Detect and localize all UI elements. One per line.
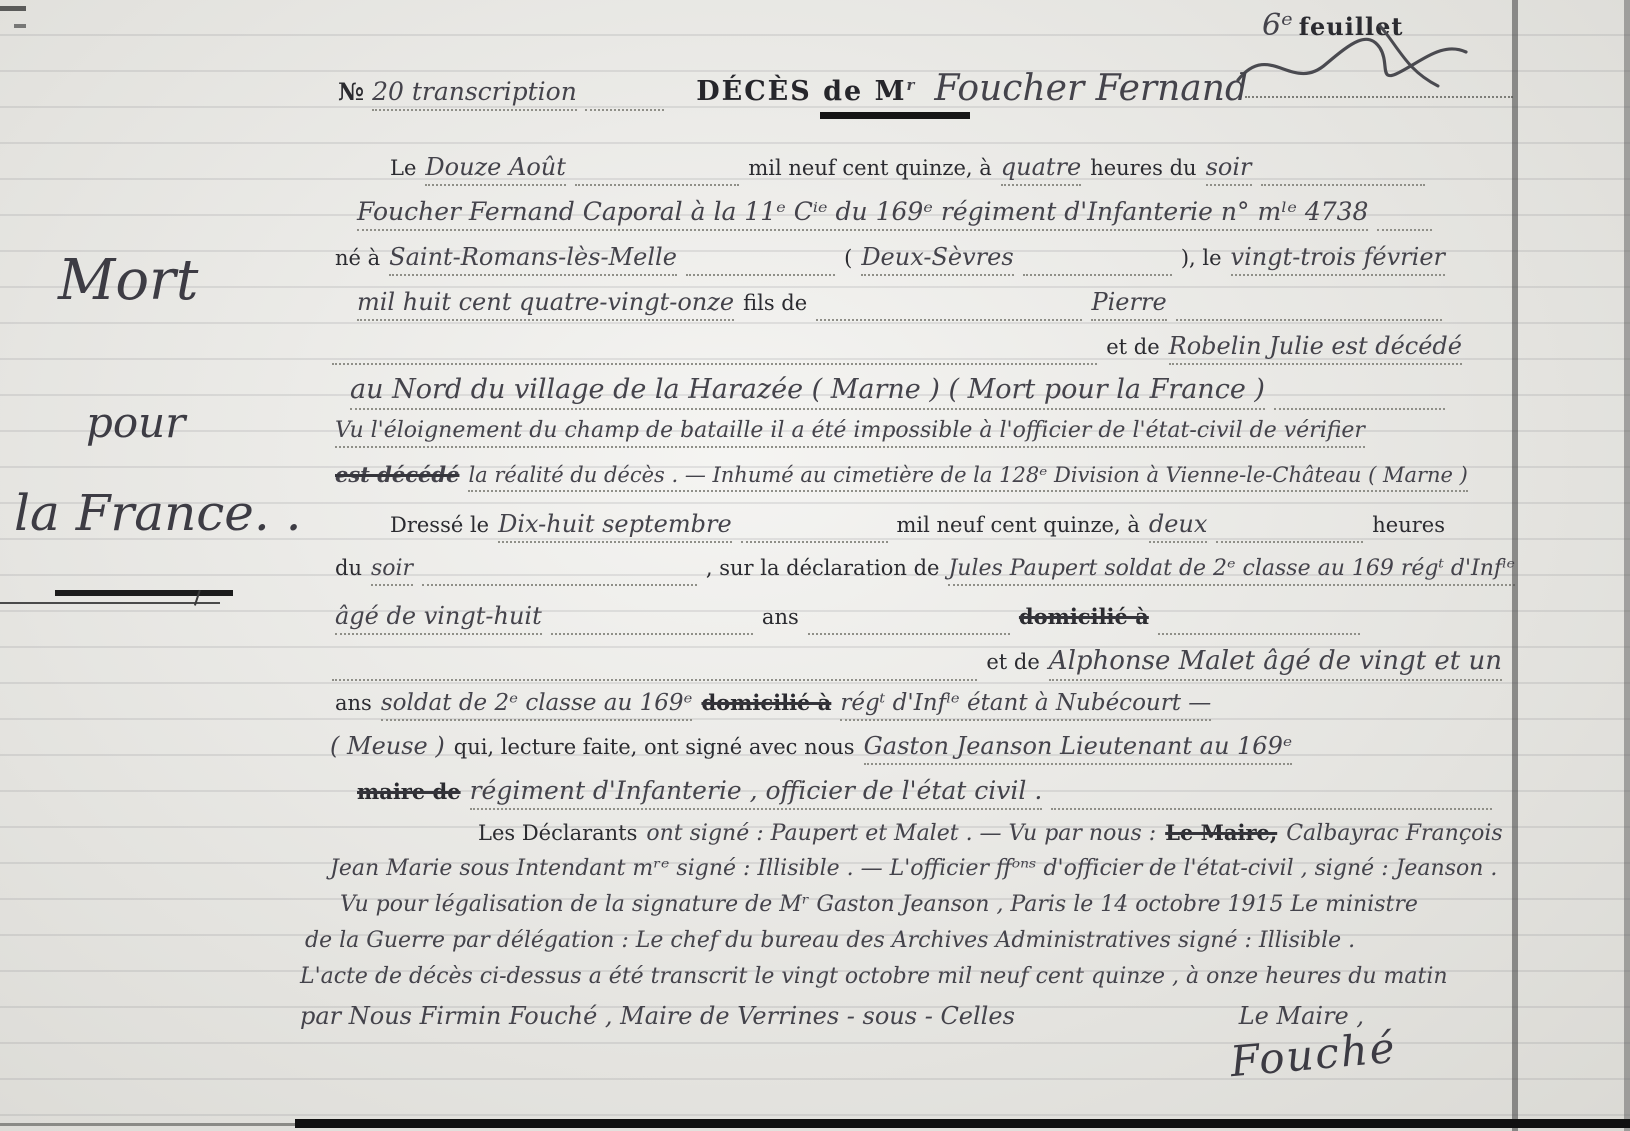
handwritten-text: de la Guerre par délégation : Le chef du… [305, 928, 1355, 953]
handwritten-text: Foucher Fernand Caporal à la 11ᵉ Cⁱᵉ du … [357, 197, 1368, 231]
printed-text: Dressé le [390, 513, 489, 537]
handwritten-text: L'acte de décès ci-dessus a été transcri… [300, 964, 1448, 989]
numero-label: № [338, 77, 364, 106]
rule-fill [1158, 627, 1360, 635]
margin-underline-thin [0, 602, 220, 604]
printed-text: , sur la déclaration de [706, 556, 940, 580]
printed-text: Les Déclarants [478, 821, 637, 845]
handwritten-text: Gaston Jeanson Lieutenant au 169ᵉ [864, 732, 1293, 765]
printed-text: fils de [743, 291, 807, 315]
margin-note-pour: pour [86, 398, 185, 447]
handwritten-text: Jules Paupert soldat de 2ᵉ classe au 169… [948, 556, 1515, 586]
handwritten-text: soir [371, 556, 413, 586]
form-line-2: Foucher Fernand Caporal à la 11ᵉ Cⁱᵉ du … [357, 197, 1432, 231]
form-line-19: de la Guerre par délégation : Le chef du… [305, 928, 1463, 953]
printed-text-struck: domicilié à [701, 690, 831, 715]
handwritten-text: Pierre [1091, 288, 1166, 321]
feuillet-rule [1245, 96, 1513, 98]
printed-text: heures [1372, 513, 1445, 537]
handwritten-text: deux [1149, 510, 1208, 543]
printed-text: qui, lecture faite, ont signé avec nous [454, 735, 855, 759]
handwritten-text: Saint-Romans-lès-Melle [389, 243, 677, 276]
rule-fill [575, 178, 740, 186]
rule-fill [741, 535, 888, 543]
handwritten-text: mil huit cent quatre-vingt-onze [357, 288, 734, 321]
handwritten-text: Robelin Julie est décédé [1169, 332, 1462, 365]
name-underline [820, 112, 970, 119]
rule-fill [551, 627, 753, 635]
rule-fill [808, 627, 1010, 635]
form-line-11: âgé de vingt-huitansdomicilié à [335, 602, 1360, 635]
form-line-7: Vu l'éloignement du champ de bataille il… [335, 418, 1465, 448]
rule-fill [686, 268, 835, 276]
handwritten-text: vingt-trois février [1231, 243, 1445, 276]
mayor-signature: Fouché [1228, 1023, 1398, 1086]
margin-note-mort: Mort [58, 248, 198, 313]
printed-text: ans [335, 691, 372, 715]
handwritten-text: Dix-huit septembre [498, 510, 732, 543]
death-certificate-document: 6ᵉ feuillet № 20 transcription DÉCÈS de … [0, 0, 1630, 1131]
rule-fill [1261, 178, 1426, 186]
form-line-9: Dressé leDix-huit septembremil neuf cent… [390, 510, 1445, 543]
printed-text: Le [390, 156, 416, 180]
rule-fill [332, 357, 1097, 365]
handwritten-text-struck: est décédé [335, 462, 459, 487]
printed-text-struck: maire de [357, 779, 461, 804]
document-title: № 20 transcription DÉCÈS de Mr Foucher F… [338, 68, 1248, 111]
form-line-4: mil huit cent quatre-vingt-onzefils dePi… [357, 288, 1442, 321]
spacer [1024, 1026, 1230, 1030]
form-line-12: et deAlphonse Malet âgé de vingt et un [332, 646, 1502, 681]
margin-tick-mark [194, 590, 214, 610]
printed-text: et de [1106, 335, 1159, 359]
handwritten-text: soldat de 2ᵉ classe au 169ᵉ [381, 690, 693, 721]
form-line-15: maire derégiment d'Infanterie , officier… [357, 776, 1492, 810]
registrar-paraph-signature [1230, 22, 1490, 102]
rule-fill [1216, 535, 1363, 543]
handwritten-text: Jean Marie sous Intendant mʳᵉ signé : Il… [330, 856, 1497, 881]
rule-fill [1051, 802, 1492, 810]
numero-value: 20 transcription [372, 77, 577, 111]
handwritten-text: au Nord du village de la Harazée ( Marne… [350, 374, 1265, 410]
scan-bottom-edge [295, 1119, 1630, 1128]
printed-text: ans [762, 605, 799, 629]
form-line-8: est décédéla réalité du décès . — Inhumé… [335, 462, 1495, 492]
handwritten-text: régᵗ d'Infⁱᵉ étant à Nubécourt — [840, 690, 1211, 721]
form-line-3: né àSaint-Romans-lès-Melle(Deux-Sèvres),… [335, 243, 1445, 276]
form-line-20: L'acte de décès ci-dessus a été transcri… [300, 964, 1448, 989]
printed-text-struck: Le Maire, [1165, 820, 1277, 845]
form-line-6: au Nord du village de la Harazée ( Marne… [350, 374, 1445, 410]
handwritten-text: ont signé : Paupert et Malet . — Vu par … [646, 821, 1156, 846]
rule-fill [1023, 268, 1172, 276]
handwritten-text: Vu l'éloignement du champ de bataille il… [335, 418, 1365, 448]
printed-text: né à [335, 246, 380, 270]
handwritten-text: Calbayrac François [1286, 821, 1503, 846]
form-line-5: et deRobelin Julie est décédé [332, 332, 1462, 365]
form-line-13: anssoldat de 2ᵉ classe au 169ᵉdomicilié … [335, 690, 1347, 721]
rule-fill [816, 313, 1082, 321]
form-line-18: Vu pour légalisation de la signature de … [340, 892, 1552, 917]
printed-text: mil neuf cent quinze, à [748, 156, 991, 180]
form-line-21: par Nous Firmin Fouché , Maire de Verrin… [300, 1002, 1364, 1030]
printed-text: du [335, 556, 362, 580]
form-line-14: ( Meuse )qui, lecture faite, ont signé a… [330, 732, 1558, 765]
deceased-name: Foucher Fernand [934, 68, 1248, 109]
handwritten-text: régiment d'Infanterie , officier de l'ét… [470, 776, 1043, 810]
handwritten-text: soir [1206, 153, 1252, 186]
handwritten-text: Le Maire , [1239, 1002, 1364, 1030]
printed-text: ( [844, 246, 852, 270]
printed-text-struck: domicilié à [1019, 604, 1149, 629]
form-line-17: Jean Marie sous Intendant mʳᵉ signé : Il… [330, 856, 1548, 881]
form-line-16: Les Déclarantsont signé : Paupert et Mal… [478, 820, 1546, 846]
scan-bottom-edge-left [0, 1123, 295, 1126]
rule-fill [1377, 223, 1432, 231]
scan-mark [0, 6, 26, 11]
handwritten-text: ( Meuse ) [330, 732, 445, 760]
deces-superscript: r [907, 76, 917, 94]
handwritten-text: quatre [1001, 153, 1081, 186]
handwritten-text: Deux-Sèvres [861, 243, 1013, 276]
scan-right-edge [1624, 0, 1630, 1131]
rule-fill [422, 578, 697, 586]
margin-note-la-france: la France. . [14, 484, 302, 542]
scan-mark [14, 24, 26, 28]
handwritten-text: la réalité du décès . — Inhumé au cimeti… [468, 463, 1467, 492]
mayor-signature-text: Fouché [1228, 1023, 1398, 1086]
rule-fill [585, 103, 664, 111]
handwritten-text: Alphonse Malet âgé de vingt et un [1049, 646, 1502, 681]
form-line-1: LeDouze Aoûtmil neuf cent quinze, àquatr… [390, 153, 1425, 186]
rule-fill [332, 673, 977, 681]
form-line-10: dusoir, sur la déclaration deJules Paupe… [335, 556, 1515, 586]
rule-fill [1176, 313, 1442, 321]
deces-label: DÉCÈS de Mr [696, 76, 916, 107]
handwritten-text: Vu pour légalisation de la signature de … [340, 892, 1418, 917]
printed-text: et de [986, 650, 1039, 674]
printed-text: heures du [1090, 156, 1196, 180]
handwritten-text: par Nous Firmin Fouché , Maire de Verrin… [300, 1002, 1015, 1030]
handwritten-text: âgé de vingt-huit [335, 602, 542, 635]
printed-text: ), le [1181, 246, 1222, 270]
printed-text: mil neuf cent quinze, à [897, 513, 1140, 537]
handwritten-text: Douze Août [425, 153, 566, 186]
rule-fill [1274, 402, 1445, 410]
